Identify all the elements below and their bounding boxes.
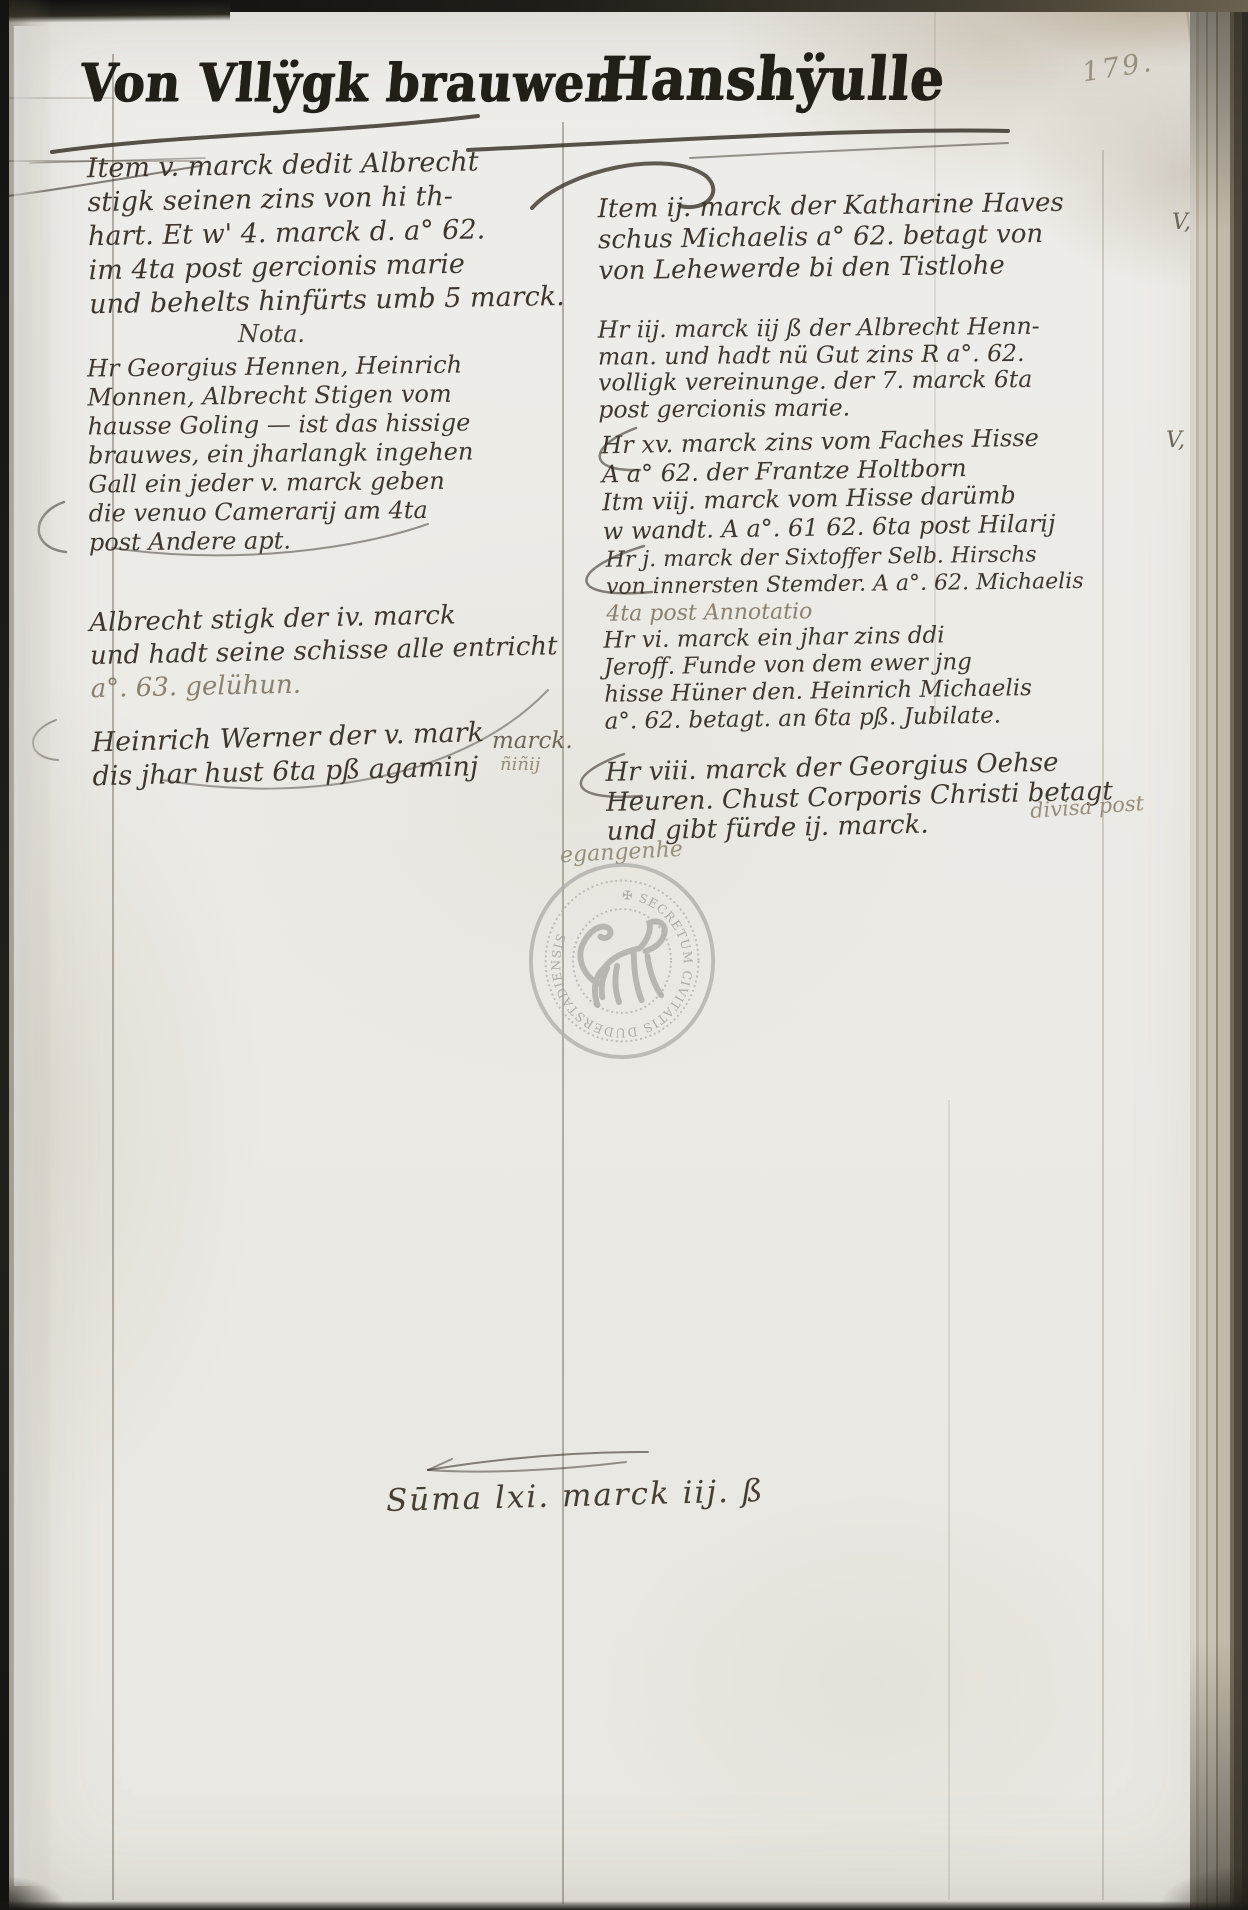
summary-arrow-flourish	[428, 1462, 626, 1472]
page-curl-highlight	[14, 26, 48, 1886]
page-edges-shade	[1190, 0, 1248, 1910]
summary-arrow-flourish	[428, 1452, 648, 1470]
ink-flourish	[600, 428, 640, 470]
ink-flourishes-layer	[0, 0, 1248, 1910]
ink-flourish	[581, 754, 642, 797]
ink-flourish	[586, 546, 652, 593]
ink-flourish	[690, 143, 1008, 158]
binding-edge-bottom	[0, 1901, 1248, 1910]
ink-flourish	[162, 690, 548, 789]
ink-flourish	[52, 116, 478, 152]
corner-shadow-bottom-left	[0, 1864, 90, 1910]
ink-flourish	[532, 163, 713, 208]
binding-edge-left	[0, 0, 9, 1910]
ink-flourish	[112, 524, 428, 555]
corner-shadow-bottom-right	[1128, 1850, 1248, 1910]
manuscript-page-scan: Von Vllÿgk brauwen Hanshÿulle 179. Item …	[0, 0, 1248, 1910]
page-corner-stain	[948, 0, 1208, 90]
ink-flourish	[30, 158, 205, 163]
